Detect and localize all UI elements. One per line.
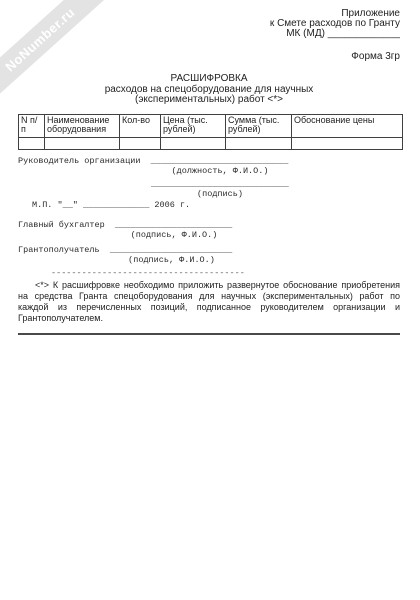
form-number: Форма 3гр (18, 52, 400, 62)
cell-rationale (292, 137, 403, 149)
grantee-caption: (подпись, Ф.И.О.) (110, 256, 233, 265)
appendix-line-3: МК (МД) _____________ (18, 29, 400, 39)
head-sign-caption: (подпись) (151, 190, 289, 199)
cell-price (161, 137, 226, 149)
col-header-num: N п/п (19, 114, 45, 137)
head-signature-line: Руководитель организации _______________… (18, 157, 400, 166)
accountant-caption: (подпись, Ф.И.О.) (115, 231, 233, 240)
head-position-caption: (должность, Ф.И.О.) (151, 167, 289, 176)
cell-name (45, 137, 120, 149)
col-header-rationale: Обоснование цены (292, 114, 403, 137)
col-header-price: Цена (тыс. рублей) (161, 114, 226, 137)
head-signature-line-2: ___________________________ (151, 180, 400, 189)
equipment-table-body (19, 137, 403, 149)
appendix-header: Приложение к Смете расходов по Гранту МК… (18, 9, 400, 39)
equipment-table: N п/п Наименование оборудования Кол-во Ц… (18, 114, 403, 150)
document-page: NoNumber.ru Приложение к Смете расходов … (0, 0, 420, 600)
bottom-divider (18, 333, 400, 335)
cell-num (19, 137, 45, 149)
equipment-table-head: N п/п Наименование оборудования Кол-во Ц… (19, 114, 403, 137)
footnote-separator: -------------------------------------- (51, 269, 400, 278)
cell-sum (226, 137, 292, 149)
col-header-name: Наименование оборудования (45, 114, 120, 137)
col-header-sum: Сумма (тыс. рублей) (226, 114, 292, 137)
title-line-1: РАСШИФРОВКА (18, 74, 400, 85)
stamp-date-line: М.П. "__" _____________ 2006 г. (32, 201, 400, 210)
table-row (19, 137, 403, 149)
accountant-signature-line: Главный бухгалтер ______________________… (18, 221, 400, 230)
document-title: РАСШИФРОВКА расходов на спецоборудование… (18, 74, 400, 106)
col-header-qty: Кол-во (120, 114, 161, 137)
footnote-text: <*> К расшифровке необходимо приложить р… (18, 280, 400, 324)
title-line-3: (экспериментальных) работ <*> (18, 95, 400, 106)
cell-qty (120, 137, 161, 149)
signature-block: Руководитель организации _______________… (18, 157, 400, 265)
grantee-signature-line: Грантополучатель _______________________… (18, 246, 400, 255)
table-header-row: N п/п Наименование оборудования Кол-во Ц… (19, 114, 403, 137)
